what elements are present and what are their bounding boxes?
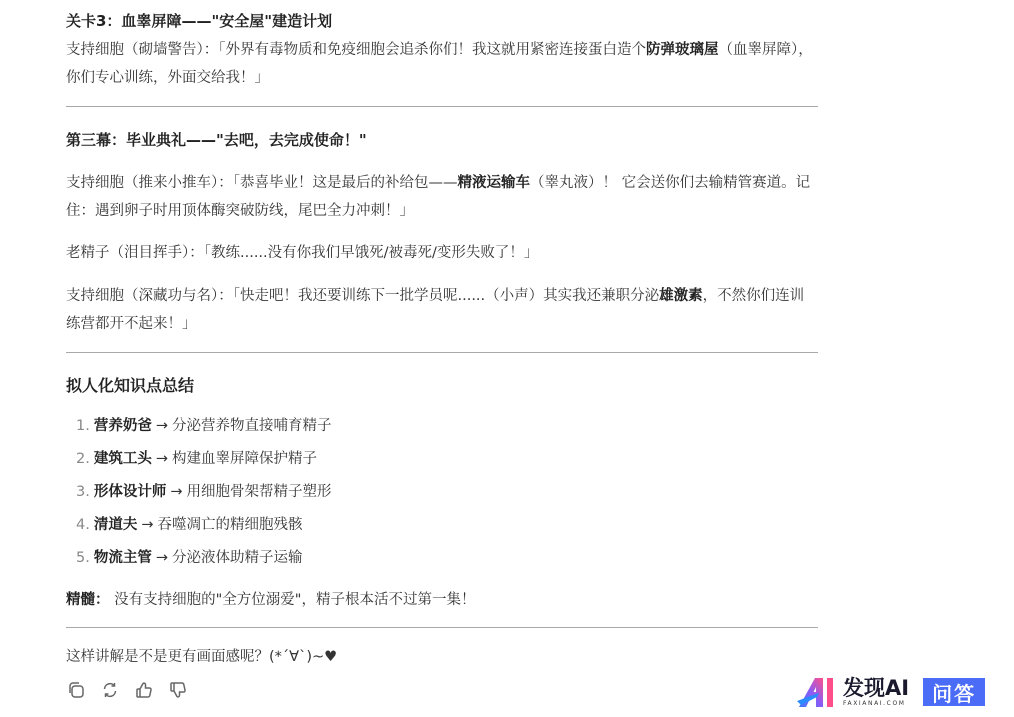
closing-line: 这样讲解是不是更有画面感呢？(*´∀`)~♥ <box>66 643 818 671</box>
arrow-right-icon: → <box>156 550 168 566</box>
list-item: 4.清道夫→吞噬凋亡的精细胞残骸 <box>76 509 332 542</box>
ai-logo-icon <box>797 675 839 709</box>
list-item: 5.物流主管→分泌液体助精子运输 <box>76 542 332 575</box>
arrow-right-icon: → <box>156 451 168 467</box>
act3-paragraph-1: 支持细胞（推来小推车）：「恭喜毕业！这是最后的补给包——精液运输车（睾丸液）！ … <box>66 169 818 225</box>
act3-paragraph-2: 老精子（泪目挥手）：「教练......没有你我们早饿死/被毒死/变形失败了！」 <box>66 239 818 267</box>
list-item: 3.形体设计师→用细胞骨架帮精子塑形 <box>76 476 332 509</box>
level3-paragraph: 支持细胞（砌墙警告）：「外界有毒物质和免疫细胞会追杀你们！我这就用紧密连接蛋白造… <box>66 36 818 92</box>
divider <box>66 352 818 353</box>
copy-icon <box>67 681 85 699</box>
act3-heading: 第三幕：毕业典礼——"去吧，去完成使命！" <box>66 130 367 150</box>
essence-label: 精髓： <box>66 592 110 608</box>
bold-term: 精液运输车 <box>458 175 531 191</box>
brand: 发现AI FAXIANAI.COM <box>843 676 909 708</box>
dislike-button[interactable] <box>168 680 188 700</box>
level3-heading: 关卡3：血睾屏障——"安全屋"建造计划 <box>66 11 332 31</box>
arrow-right-icon: → <box>141 517 153 533</box>
divider <box>66 106 818 107</box>
qa-badge: 问答 <box>923 678 985 706</box>
regenerate-button[interactable] <box>100 680 120 700</box>
list-item: 2.建筑工头→构建血睾屏障保护精子 <box>76 443 332 476</box>
essence-line: 精髓： 没有支持细胞的"全方位溺爱"，精子根本活不过第一集！ <box>66 586 818 614</box>
bold-term: 雄激素 <box>659 288 703 304</box>
message-actions <box>66 680 188 700</box>
copy-button[interactable] <box>66 680 86 700</box>
list-item: 1.营养奶爸→分泌营养物直接哺育精子 <box>76 410 332 443</box>
bold-term: 防弹玻璃屋 <box>646 42 719 58</box>
like-button[interactable] <box>134 680 154 700</box>
summary-list: 1.营养奶爸→分泌营养物直接哺育精子 2.建筑工头→构建血睾屏障保护精子 3.形… <box>76 410 332 575</box>
watermark-logo: 发现AI FAXIANAI.COM 问答 <box>797 675 985 709</box>
divider <box>66 627 818 628</box>
thumbs-down-icon <box>169 681 187 699</box>
refresh-icon <box>101 681 119 699</box>
brand-name: 发现AI <box>843 676 909 700</box>
arrow-right-icon: → <box>170 484 182 500</box>
brand-domain: FAXIANAI.COM <box>843 700 909 708</box>
thumbs-up-icon <box>135 681 153 699</box>
act3-paragraph-3: 支持细胞（深藏功与名）：「快走吧！我还要训练下一批学员呢......（小声）其实… <box>66 282 818 338</box>
summary-heading: 拟人化知识点总结 <box>66 376 194 396</box>
arrow-right-icon: → <box>156 418 168 434</box>
